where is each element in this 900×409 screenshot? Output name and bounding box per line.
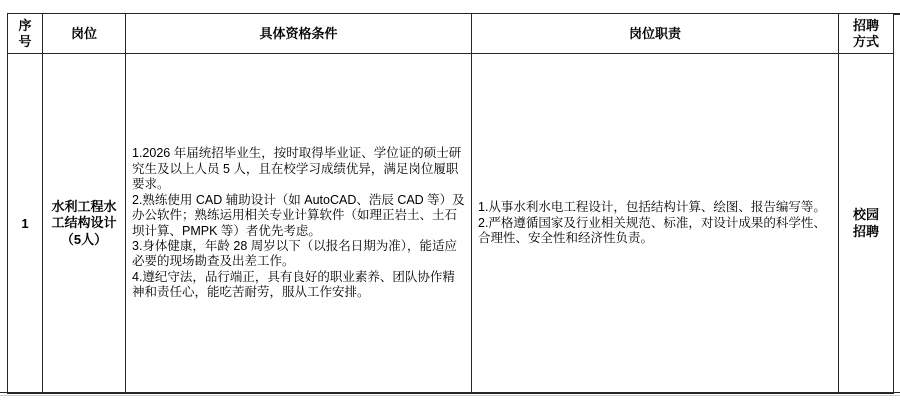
responsibility-item-1: 1.从事水利水电工程设计，包括结构计算、绘图、报告编写等。 [478, 200, 832, 215]
header-recruitment-method: 招聘 方式 [839, 14, 894, 54]
table-header-row: 序 号 岗位 具体资格条件 岗位职责 招聘 方式 [8, 14, 894, 54]
bottom-border-shadow [0, 395, 900, 396]
cell-position-name: 水利工程水 工结构设计 （5人） [43, 54, 126, 394]
header-position: 岗位 [43, 14, 126, 54]
cell-qualifications: 1.2026 年届统招毕业生，按时取得毕业证、学位证的硕士研究生及以上人员 5 … [126, 54, 472, 394]
qualification-item-2: 2.熟练使用 CAD 辅助设计（如 AutoCAD、浩辰 CAD 等）及办公软件… [132, 193, 465, 239]
header-index: 序 号 [8, 14, 43, 54]
top-border-extension [893, 13, 900, 15]
recruitment-table-page: 序 号 岗位 具体资格条件 岗位职责 招聘 方式 1 水利工程水 工结构设计 （… [0, 0, 900, 409]
cell-recruitment-method: 校园 招聘 [839, 54, 894, 394]
header-qualifications: 具体资格条件 [126, 14, 472, 54]
bottom-border-line [0, 392, 900, 394]
qualification-item-4: 4.遵纪守法，品行端正，具有良好的职业素养、团队协作精神和责任心，能吃苦耐劳，服… [132, 270, 465, 301]
header-responsibilities: 岗位职责 [472, 14, 839, 54]
qualification-item-3: 3.身体健康，年龄 28 周岁以下（以报名日期为准），能适应必要的现场勘查及出差… [132, 239, 465, 270]
qualification-item-1: 1.2026 年届统招毕业生，按时取得毕业证、学位证的硕士研究生及以上人员 5 … [132, 146, 465, 192]
responsibility-item-2: 2.严格遵循国家及行业相关规范、标准，对设计成果的科学性、合理性、安全性和经济性… [478, 216, 832, 247]
recruitment-table: 序 号 岗位 具体资格条件 岗位职责 招聘 方式 1 水利工程水 工结构设计 （… [7, 13, 894, 394]
table-row: 1 水利工程水 工结构设计 （5人） 1.2026 年届统招毕业生，按时取得毕业… [8, 54, 894, 394]
cell-row-index: 1 [8, 54, 43, 394]
cell-responsibilities: 1.从事水利水电工程设计，包括结构计算、绘图、报告编写等。 2.严格遵循国家及行… [472, 54, 839, 394]
